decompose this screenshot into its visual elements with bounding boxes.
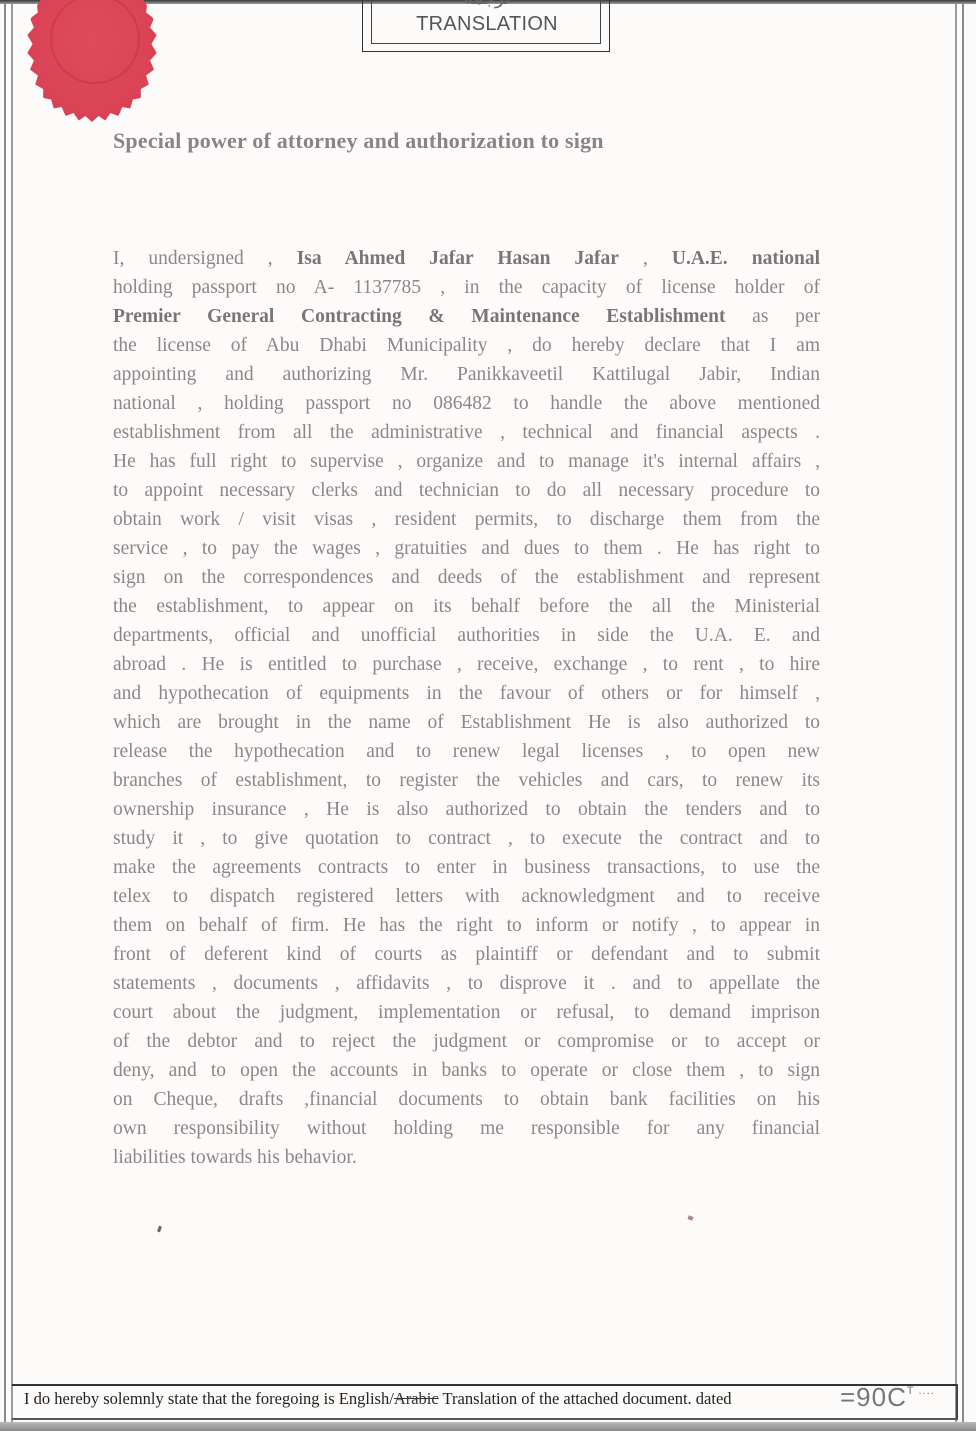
body-line: the license of Abu Dhabi Municipality , …	[113, 331, 820, 360]
body-fragment: national , holding passport no 086482 to…	[113, 393, 820, 414]
body-line: them on behalf of firm. He has the right…	[113, 911, 820, 940]
body-fragment: them on behalf of firm. He has the right…	[113, 915, 820, 936]
body-fragment: make the agreements contracts to enter i…	[113, 857, 820, 878]
statement-struck-word: Arabic	[394, 1389, 439, 1408]
body-line: make the agreements contracts to enter i…	[113, 853, 820, 882]
body-fragment: liabilities towards his behavior.	[113, 1147, 357, 1168]
body-fragment: own responsibility without holding me re…	[113, 1118, 820, 1139]
body-fragment: front of deferent kind of courts as plai…	[113, 944, 820, 965]
body-fragment: on Cheque, drafts ,financial documents t…	[113, 1089, 820, 1110]
body-line: statements , documents , affidavits , to…	[113, 969, 820, 998]
body-fragment: of the debtor and to reject the judgment…	[113, 1031, 820, 1052]
body-emphasis: U.A.E. national	[672, 248, 820, 269]
date-stamp: =90CT ....	[840, 1382, 935, 1413]
translation-stamp-label: TRANSLATION	[371, 13, 603, 36]
body-fragment: holding passport no A- 1137785 , in the …	[113, 277, 820, 298]
body-fragment: study it , to give quotation to contract…	[113, 828, 820, 849]
body-fragment: as per	[726, 306, 821, 327]
body-fragment: ,	[619, 248, 672, 269]
statement-text-before: I do hereby solemnly state that the fore…	[24, 1389, 394, 1408]
body-fragment: departments, official and unofficial aut…	[113, 625, 820, 646]
body-line: appointing and authorizing Mr. Panikkave…	[113, 360, 820, 389]
body-line: on Cheque, drafts ,financial documents t…	[113, 1085, 820, 1114]
body-fragment: telex to dispatch registered letters wit…	[113, 886, 820, 907]
body-fragment: establishment from all the administrativ…	[113, 422, 820, 443]
body-fragment: branches of establishment, to register t…	[113, 770, 820, 791]
body-line: which are brought in the name of Establi…	[113, 708, 820, 737]
body-line: telex to dispatch registered letters wit…	[113, 882, 820, 911]
body-line: He has full right to supervise , organiz…	[113, 447, 820, 476]
body-fragment: He has full right to supervise , organiz…	[113, 451, 820, 472]
document-title: Special power of attorney and authorizat…	[113, 128, 604, 154]
body-line: holding passport no A- 1137785 , in the …	[113, 273, 820, 302]
body-line: branches of establishment, to register t…	[113, 766, 820, 795]
body-line: liabilities towards his behavior.	[113, 1143, 820, 1172]
translator-statement: I do hereby solemnly state that the fore…	[24, 1389, 732, 1409]
body-line: and hypothecation of equipments in the f…	[113, 679, 820, 708]
body-line: abroad . He is entitled to purchase , re…	[113, 650, 820, 679]
body-fragment: statements , documents , affidavits , to…	[113, 973, 820, 994]
body-fragment: and hypothecation of equipments in the f…	[113, 683, 820, 704]
body-line: to appoint necessary clerks and technici…	[113, 476, 820, 505]
body-line: study it , to give quotation to contract…	[113, 824, 820, 853]
body-emphasis: Isa Ahmed Jafar Hasan Jafar	[297, 248, 619, 269]
body-fragment: court about the judgment, implementation…	[113, 1002, 820, 1023]
body-fragment: the establishment, to appear on its beha…	[113, 596, 820, 617]
body-fragment: release the hypothecation and to renew l…	[113, 741, 820, 762]
body-line: establishment from all the administrativ…	[113, 418, 820, 447]
body-line: deny, and to open the accounts in banks …	[113, 1056, 820, 1085]
body-line: the establishment, to appear on its beha…	[113, 592, 820, 621]
body-line: Premier General Contracting & Maintenanc…	[113, 302, 820, 331]
body-fragment: deny, and to open the accounts in banks …	[113, 1060, 820, 1081]
body-emphasis: Premier General Contracting & Maintenanc…	[113, 306, 726, 327]
body-fragment: I, undersigned ,	[113, 248, 297, 269]
body-fragment: to appoint necessary clerks and technici…	[113, 480, 820, 501]
body-line: obtain work / visit visas , resident per…	[113, 505, 820, 534]
translation-stamp-arabic: ترجمة	[371, 0, 603, 9]
body-line: of the debtor and to reject the judgment…	[113, 1027, 820, 1056]
scan-bottom-edge	[0, 1422, 976, 1431]
body-line: ownership insurance , He is also authori…	[113, 795, 820, 824]
body-line: release the hypothecation and to renew l…	[113, 737, 820, 766]
body-fragment: appointing and authorizing Mr. Panikkave…	[113, 364, 820, 385]
body-line: front of deferent kind of courts as plai…	[113, 940, 820, 969]
body-line: departments, official and unofficial aut…	[113, 621, 820, 650]
date-stamp-tail: T ....	[907, 1385, 935, 1397]
body-fragment: abroad . He is entitled to purchase , re…	[113, 654, 820, 675]
body-fragment: service , to pay the wages , gratuities …	[113, 538, 820, 559]
body-line: I, undersigned , Isa Ahmed Jafar Hasan J…	[113, 244, 820, 273]
body-line: own responsibility without holding me re…	[113, 1114, 820, 1143]
date-stamp-value: =90C	[840, 1382, 907, 1412]
body-line: national , holding passport no 086482 to…	[113, 389, 820, 418]
body-line: sign on the correspondences and deeds of…	[113, 563, 820, 592]
body-fragment: obtain work / visit visas , resident per…	[113, 509, 820, 530]
body-fragment: the license of Abu Dhabi Municipality , …	[113, 335, 820, 356]
body-line: court about the judgment, implementation…	[113, 998, 820, 1027]
body-fragment: which are brought in the name of Establi…	[113, 712, 820, 733]
document-body: I, undersigned , Isa Ahmed Jafar Hasan J…	[113, 244, 820, 1172]
body-fragment: ownership insurance , He is also authori…	[113, 799, 820, 820]
body-line: service , to pay the wages , gratuities …	[113, 534, 820, 563]
statement-text-after: Translation of the attached document. da…	[439, 1389, 732, 1408]
body-fragment: sign on the correspondences and deeds of…	[113, 567, 820, 588]
